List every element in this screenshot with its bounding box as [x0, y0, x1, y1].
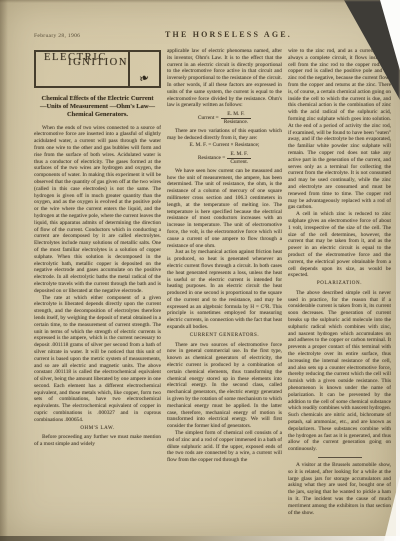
paragraph: Just as by mechanical action against fri… [167, 249, 282, 331]
article-heading: Chemical Effects of the Electric Current… [34, 95, 161, 120]
column-center: applicable law of electric phenomena nam… [167, 48, 282, 526]
stamp-label: ELECTRIC IGNITION [36, 52, 128, 86]
page-content: February 28, 1906 THE HORSELESS AGE. 241… [34, 30, 391, 526]
paragraph: We have seen how current can be measured… [167, 168, 282, 250]
electric-ignition-stamp: ELECTRIC IGNITION ❧ [34, 50, 161, 88]
column-left: ELECTRIC IGNITION ❧ Chemical Effects of … [34, 48, 161, 526]
formula-denominator: Current. [227, 159, 251, 166]
issue-date: February 28, 1906 [34, 33, 126, 39]
formula-numerator: E. M. F. [227, 151, 251, 159]
paragraph: The above described simple cell is never… [288, 290, 391, 453]
formula-emf: E. M. F. = Current × Resistance; [167, 142, 282, 149]
article-columns: ELECTRIC IGNITION ❧ Chemical Effects of … [34, 48, 391, 526]
section-heading-current-generators: CURRENT GENERATORS. [167, 333, 282, 340]
column-right: wire to the zinc rod, and as a current m… [288, 48, 391, 526]
section-heading-polarization: POLARIZATION. [288, 281, 391, 288]
formula-denominator: Resistance. [221, 119, 251, 126]
paragraph: applicable law of electric phenomena nam… [167, 48, 282, 109]
paragraph: wire to the zinc rod, and as a current m… [288, 48, 391, 211]
formula-lhs: Current = [198, 115, 219, 122]
top-edge-shadow [0, 0, 400, 3]
publication-title: THE HORSELESS AGE. [126, 30, 331, 39]
paragraph: There are two variations of this equatio… [167, 128, 282, 142]
page-gutter-shadow [0, 0, 8, 541]
paragraph: Before proceeding any further we must ma… [34, 434, 161, 448]
stamp-ornament-cell: ❧ [128, 52, 159, 86]
paragraph: The rate at which either component of a … [34, 295, 161, 424]
page-header: February 28, 1906 THE HORSELESS AGE. 241 [34, 30, 391, 39]
paragraph: The simplest form of chemical cell consi… [167, 430, 282, 464]
paragraph: There are two sources of electromotive f… [167, 342, 282, 430]
stamp-label-ignition: IGNITION [68, 60, 128, 67]
formula-numerator: E. M. F. [221, 111, 251, 119]
floral-ornament-icon: ❧ [138, 71, 151, 86]
formula-lhs: Resistance = [198, 155, 225, 162]
section-divider-rule [318, 457, 362, 458]
section-heading-ohms-law: OHM'S LAW. [34, 426, 161, 433]
bottom-edge-shadow [0, 536, 400, 541]
formula-ohms-law: Current =E. M. F.Resistance. [167, 111, 282, 126]
formula-resistance: Resistance =E. M. F.Current. [167, 151, 282, 166]
right-edge-highlight [396, 95, 400, 541]
paragraph: When the ends of two wires connected to … [34, 125, 161, 295]
paragraph: A visitor at the Brussels automobile sho… [288, 462, 391, 516]
paragraph: A cell in which zinc is reduced to zinc … [288, 211, 391, 279]
scanned-magazine-page: February 28, 1906 THE HORSELESS AGE. 241… [0, 0, 400, 541]
